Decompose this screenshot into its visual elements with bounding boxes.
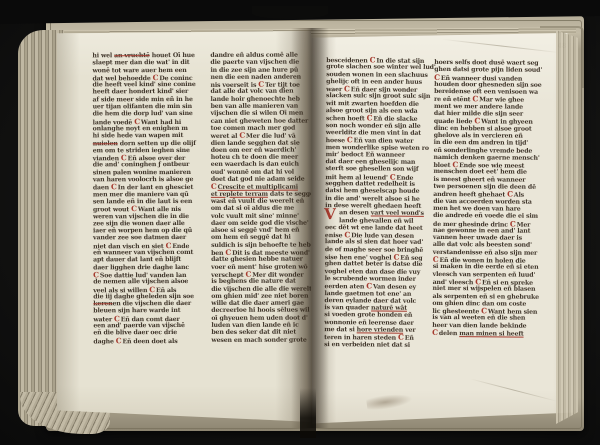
text-column-right-2: hoers selfs doot dusē waert segghen dats… (432, 59, 536, 337)
text-segment: hi wel (92, 52, 114, 59)
text-segment: die paerte van vijschen die (210, 59, 299, 66)
text-segment: houet Oī hue (150, 52, 195, 59)
gutter-shadow (291, 28, 329, 428)
text-column-left-1: hi wel an vruchtē houet Oī hueslaept mer… (92, 52, 197, 344)
text-segment: sterft soe ghesellen son wijf (325, 166, 418, 174)
text-segment: van haren voolocrh is alsoe ge (93, 176, 193, 183)
text-segment: eñ die blive daer oec drie (93, 329, 177, 336)
text-segment: em om te striden ieghen sine (93, 147, 190, 154)
manuscript-photo: hi wel an vruchtē houet Oī hueslaept mer… (0, 0, 600, 445)
text-segment: die heeft veel kind' sine conine (92, 81, 195, 88)
text-segment: vijschen die si wilen Oī men (211, 110, 304, 117)
text-segment: heeft daer hondert kind' sier (93, 88, 189, 95)
text-segment: die andrede eñ voede die ei sim (433, 212, 538, 220)
text-segment: toe comen mach mer god (211, 125, 295, 132)
rubric-mark: C (116, 336, 122, 345)
text-segment: ben van alle manieren van (211, 103, 299, 110)
text-segment: wonē tot ware auer hem een (92, 67, 186, 74)
text-segment: vander zee soe datmen daer (93, 234, 186, 241)
left-page-surface: hi wel an vruchtē houet Oī hueslaept mer… (56, 31, 311, 426)
text-segment: eñ wanneer van vijschen comt (93, 249, 193, 256)
text-line: si en verbeiden niet dat si (324, 341, 422, 349)
text-segment: in die zee sijn ane hure pū (210, 66, 298, 73)
text-segment: sen lande eñ in die laut is een (93, 198, 192, 205)
text-segment: luden van dien lande eñ ic (211, 322, 298, 329)
text-segment: hoteu ch te doen die meer (211, 154, 298, 161)
text-segment: dorn setten up die olijf (118, 140, 196, 147)
text-segment: keren (93, 300, 112, 307)
text-segment: om dat si oī aldus die me (211, 205, 294, 212)
rubric-mark: C (432, 328, 438, 337)
right-page-surface: 48 besceidenen CIn die stat sijngrote sl… (308, 32, 575, 426)
text-segment: wille dat die daer ameri gae (211, 300, 304, 307)
text-segment: bleuen sijn hare warde int (93, 307, 180, 314)
text-segment: onlanghe noyt en enighen m (93, 125, 188, 132)
text-segment: nen die een naden anderen (210, 73, 301, 80)
text-segment: dien lande segghen dat sie (211, 139, 300, 146)
text-segment: is van quader (324, 304, 371, 311)
text-segment: men mer die maniere van qū (93, 191, 189, 198)
page-crease-bottom (470, 378, 557, 401)
text-segment: et replete terram (211, 190, 268, 197)
text-segment: apt dauer dat lant eñ blijft (93, 256, 181, 263)
text-segment: hi side hede van wapen mit (93, 132, 184, 139)
text-segment: dat alle dat volc van dien (211, 88, 294, 95)
text-line: daghe CEñ deen doet als (93, 337, 197, 345)
spine-notch (252, 6, 328, 19)
text-segment: die hem die dorp lud' van sine (93, 110, 193, 117)
text-segment: weren van vijschen die in die (93, 213, 189, 220)
ink-smudge (366, 392, 413, 412)
right-page: 48 besceidenen CIn die stat sijngrote sl… (310, 33, 574, 425)
text-segment: si en verbeiden niet dat si (324, 341, 410, 349)
text-segment: nuielen (93, 140, 118, 147)
text-segment: en die vijschen die daer (112, 300, 191, 307)
text-segment: an desen (339, 209, 371, 216)
text-segment: ghen datsi grote pijn liden soud' (434, 66, 542, 74)
text-column-right-1: besceidenen CIn die stat sijngrote slach… (324, 56, 424, 349)
text-segment: alsoe si seggē vnd' hem eñ (211, 227, 299, 234)
text-segment: dandre eñ aldus comē alle (210, 52, 297, 59)
text-segment: vart veel wond's (371, 210, 424, 217)
text-segment: naturē wāt (371, 305, 407, 312)
left-page: hi wel an vruchtē houet Oī hueslaept mer… (57, 31, 311, 425)
text-line: die hem die dorp lud' van sine (93, 110, 197, 118)
text-segment: Eñ deen doet als (122, 338, 177, 345)
text-segment: lande hoir ghenoechte heb (211, 95, 300, 102)
text-segment: sinen palen wonine manieren (93, 169, 191, 176)
text-segment: een waerdach is dan euich (211, 161, 299, 168)
text-segment: hore vrienden (357, 326, 403, 333)
text-segment: uer tijan olifanten die min sin (93, 103, 192, 110)
top-right-cover-corner (540, 26, 584, 88)
gutter-bottom-shadow (300, 388, 316, 438)
text-segment: ben des seker dat dit niet (211, 329, 296, 336)
text-segment: doen om eer eñ waerdich' (211, 146, 297, 153)
text-segment: slaept mer dan die wat' in dit (92, 59, 189, 66)
text-segment: die and' coninghen ƒ ontbeur (93, 161, 189, 168)
text-line: Cdelen man minen si heeft (432, 329, 534, 337)
text-line: de nemen alle vijschen alsoe (93, 278, 197, 286)
right-fore-edge (556, 30, 578, 424)
text-segment: af side meer side min eñ in he (93, 96, 193, 103)
text-segment: zee sijn die wonen daer alle (93, 220, 185, 227)
text-segment: me dat si (324, 326, 357, 333)
text-segment: delen (439, 330, 459, 337)
text-segment: volc vuult mit sine' minne' (211, 212, 299, 219)
text-segment: datte ghesien hebbe natuer (211, 256, 303, 263)
text-segment: an vruchtē (114, 52, 150, 59)
text-segment: om hem eñ seggē dat hi (211, 234, 291, 241)
text-segment: die iij daghe gheleden sijn soe (93, 293, 194, 300)
text-segment: een and' paerde van vijschē (93, 322, 184, 329)
text-line: vander zee soe datmen daer (93, 234, 197, 242)
text-segment: de nemen alle vijschen alsoe (93, 278, 188, 285)
text-segment: daghe (93, 338, 115, 345)
text-segment: is beghens die nature dat (211, 278, 296, 285)
text-segment: iaer eñ worpen hem op die qū (93, 227, 192, 234)
text-segment: daer ligghen drie daghe lanc (93, 264, 189, 271)
text-segment: man minen si heeft (459, 330, 523, 338)
text-segment: ver (403, 327, 415, 334)
text-segment: oud' wonnē om dat hi vol (211, 168, 294, 175)
